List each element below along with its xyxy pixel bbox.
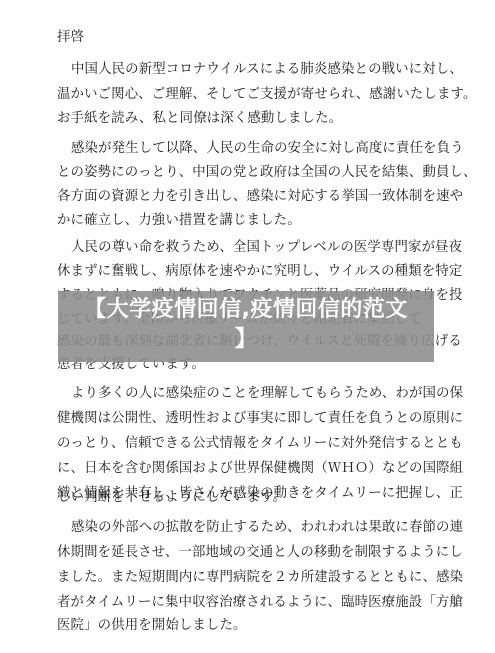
paragraph-line: 人民の尊い命を救うため、全国トップレベルの医学専門家が昼夜	[71, 239, 437, 257]
paragraph-line: 者がタイムリーに集中収容治療されるように、臨時医療施設「方艙	[57, 594, 437, 612]
salutation: 拝啓	[57, 29, 437, 47]
paragraph-line: 休期間を延長させ、一部地域の交通と人の移動を制限するようにし	[57, 544, 437, 562]
paragraph-line: 中国人民の新型コロナウイルスによる肺炎感染との戦いに対し、	[71, 61, 437, 79]
paragraph-line: ました。また短期間内に専門病院を２カ所建設するとともに、感染	[57, 569, 437, 587]
paragraph-line: 医院」の供用を開始しました。	[57, 617, 437, 635]
paragraph-line: 休まずに奮戦し、病原体を速やかに究明し、ウイルスの種類を特定	[57, 263, 437, 281]
paragraph-line: しい判断を下せるようにしています。	[57, 489, 437, 507]
paragraph-line: 感染の外部への拡散を防止するため、われわれは果敢に春節の連	[71, 519, 437, 537]
overlay-title-line-1: 【大学疫情回信,疫情回信的范文	[58, 295, 434, 325]
paragraph-line: 感染が発生して以降、人民の生命の安全に対し高度に責任を負う	[71, 140, 437, 158]
paragraph-line: 健機関は公開性、透明性および事実に即して責任を負うとの原則に	[57, 410, 437, 428]
paragraph-line: との姿勢にのっとり、中国の党と政府は全国の人民を結集、動員し、	[57, 164, 437, 182]
paragraph-line: お手紙を読み、私と同僚は深く感動しました。	[57, 110, 437, 128]
paragraph-line: 各方面の資源と力を引き出し、感染に対応する挙国一致体制を速や	[57, 188, 437, 206]
paragraph-line: のっとり、信頼できる公式情報をタイムリーに対外発信するととも	[57, 435, 437, 453]
overlay-title[interactable]: 【大学疫情回信,疫情回信的范文 】	[58, 295, 434, 355]
paragraph-line: かに確立し、力強い措置を講じました。	[57, 212, 437, 230]
paragraph-line: に、日本を含む関係国および世界保健機関（ＷＨＯ）などの国際組	[57, 460, 437, 478]
paragraph-line: 温かいご関心、ご理解、そしてご支援が寄せられ、感謝いたします。	[57, 86, 437, 104]
paragraph-line: より多くの人に感染症のことを理解してもらうため、わが国の保	[71, 385, 437, 403]
overlay-title-line-2: 】	[58, 325, 434, 355]
